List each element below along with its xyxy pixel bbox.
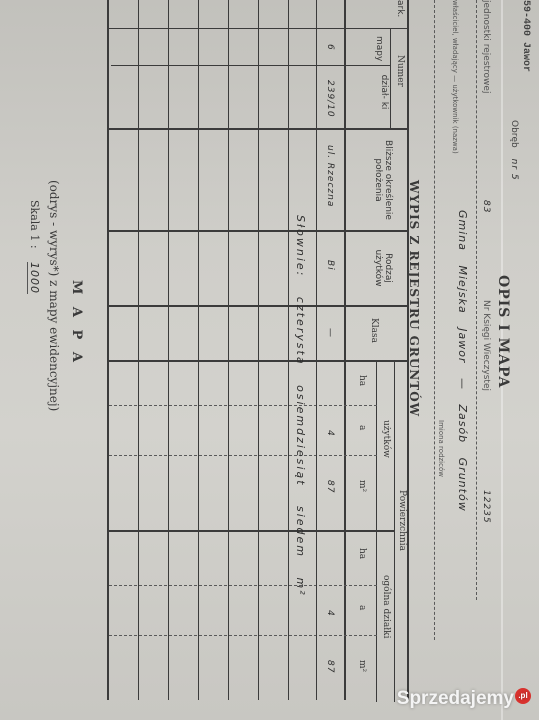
col-divider xyxy=(109,360,409,362)
table-title: WYPIS Z REJESTRU GRUNTÓW xyxy=(407,180,421,417)
table-border-bottom xyxy=(107,0,109,700)
col-divider xyxy=(111,65,391,66)
cell-rodzaj: Bi xyxy=(325,260,335,271)
col-divider xyxy=(109,28,409,29)
row-divider xyxy=(168,0,169,700)
header-blizsze: Bliższe określenie położenia xyxy=(373,140,393,220)
table-border-top xyxy=(407,0,409,700)
row-divider xyxy=(138,0,139,700)
scale-value: 1000 xyxy=(27,262,41,294)
ksiega-value: 12235 xyxy=(481,490,491,524)
header-uzytkow: użytków xyxy=(381,420,391,458)
row-divider xyxy=(228,0,229,700)
obreb-label: Obręb nr 5 xyxy=(509,120,519,181)
cell-dzialki: 239/10 xyxy=(325,80,335,118)
header-og-m2: m² xyxy=(357,660,367,672)
row-divider xyxy=(390,28,391,128)
cell-ogolna-a: 4 xyxy=(325,610,335,617)
header-dzialki: dział- ki xyxy=(379,72,389,112)
watermark-brand: Sprzedajemy xyxy=(397,688,514,709)
row-divider xyxy=(316,0,317,700)
row-divider xyxy=(394,362,395,702)
cell-uzytkow-a: 4 xyxy=(325,430,335,437)
table-header-bottom xyxy=(344,0,346,700)
imiona-caption: Imiona rodziców xyxy=(437,420,445,477)
map-title: M A P A xyxy=(69,280,84,366)
cell-ogolna-m2: 87 xyxy=(325,660,335,673)
obreb-value: nr 5 xyxy=(509,159,519,181)
cell-klasa: — xyxy=(325,328,335,338)
field-underline xyxy=(476,0,477,600)
watermark-tld-badge: .pl xyxy=(515,688,531,704)
col-divider xyxy=(109,230,409,232)
row-divider xyxy=(258,0,259,700)
map-subtitle: (odrys - wyrys*) z mapy ewidencyjnej) xyxy=(47,180,61,411)
ksiega-label: Nr Księgi Wieczystej xyxy=(481,300,491,391)
scale-label: Skala 1 : xyxy=(28,200,41,249)
header-rodzaj: Rodzaj użytków xyxy=(373,238,393,298)
document-page: 59-400 Jawor Obręb nr 5 OPIS I MAPA jedn… xyxy=(0,0,539,720)
cell-polozenie: ul. Rzeczna xyxy=(325,145,335,207)
page-title: OPIS I MAPA xyxy=(495,275,511,388)
col-divider xyxy=(109,455,377,456)
col-divider xyxy=(109,405,377,406)
header-og-a: a xyxy=(357,605,367,610)
col-divider xyxy=(109,585,377,586)
header-uz-a: a xyxy=(357,425,367,430)
header-uz-m2: m² xyxy=(357,480,367,492)
header-ogolna: ogólna działki xyxy=(381,575,391,639)
slownie-text: Słownie: czterysta osiemdziesiąt siedem … xyxy=(294,215,307,597)
sprzedajemy-watermark: Sprzedajemy.pl xyxy=(397,688,531,710)
col-divider xyxy=(109,530,395,532)
owner-caption: właściciel, władający — użytkownik (nazw… xyxy=(451,0,459,154)
header-mapy: mapy xyxy=(374,36,384,61)
field-underline xyxy=(434,0,435,640)
col-divider xyxy=(109,128,409,130)
row-divider xyxy=(288,0,289,700)
stamp-text: 59-400 Jawor xyxy=(520,0,531,72)
header-numer: Numer xyxy=(395,55,405,87)
gmina-value: Gmina Miejska Jawor — Zasób Gruntów xyxy=(456,210,469,512)
map-scale: Skala 1 : 1000 xyxy=(28,200,41,294)
cell-mapy: 6 xyxy=(325,44,335,51)
col-divider xyxy=(109,305,409,307)
jednostka-label: jednostki rejestrowej xyxy=(481,0,491,93)
header-og-ha: ha xyxy=(357,548,367,559)
col-divider xyxy=(109,635,377,636)
header-klasa: Klasa xyxy=(369,318,379,343)
row-divider xyxy=(376,362,377,702)
obreb-label-text: Obręb xyxy=(509,120,519,148)
cell-uzytkow-m2: 87 xyxy=(325,480,335,493)
row-divider xyxy=(198,0,199,700)
header-uz-ha: ha xyxy=(357,375,367,386)
header-powierzchnia: Powierzchnia xyxy=(397,490,407,551)
jednostka-value: 83 xyxy=(481,200,491,213)
header-arkusz: ark. xyxy=(395,0,405,17)
